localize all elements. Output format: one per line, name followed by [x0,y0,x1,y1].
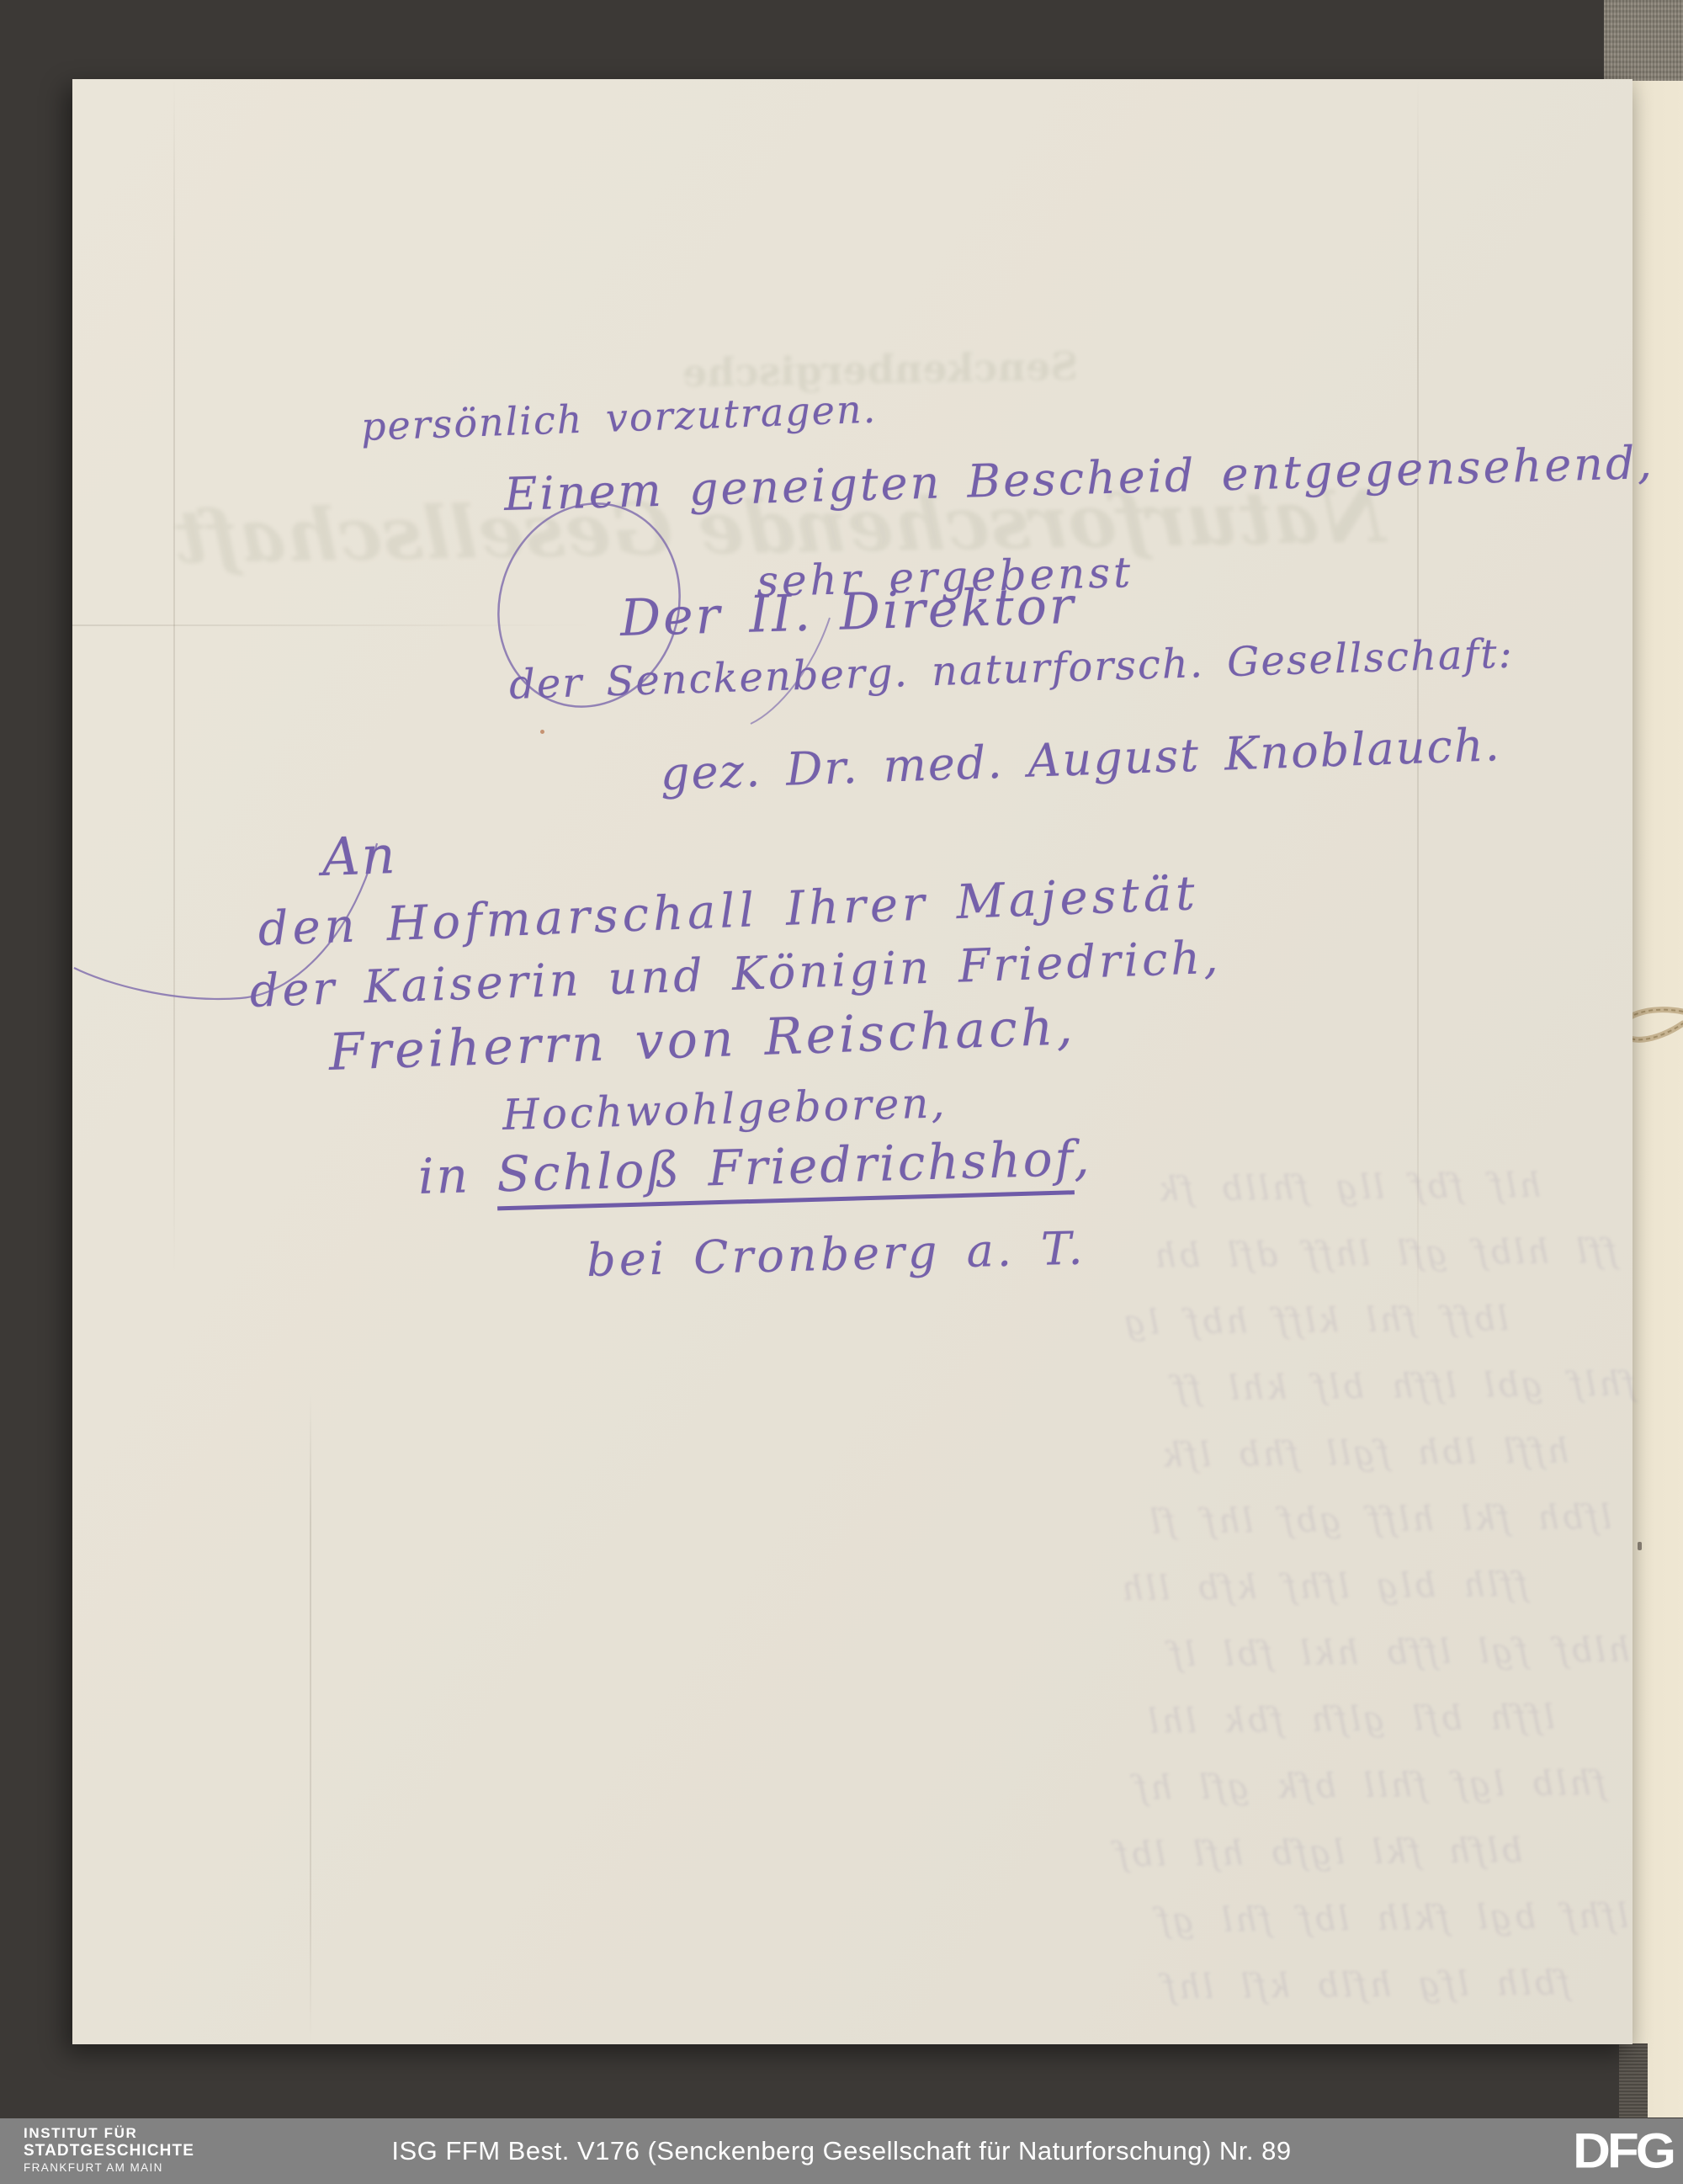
ghost-line: lfbh fkl hlff gbf lhf fl [770,1485,1612,1560]
rust-speck [540,730,544,734]
ghost-letterhead-line1: Senckenbergische [527,341,1234,399]
archive-footer-bar: INSTITUT FÜR STADTGESCHICHTE FRANKFURT A… [0,2118,1683,2184]
ghost-line: fflh blg lfhf kfb llh [771,1552,1529,1626]
closing-line-1: persönlich vorzutragen. [360,386,878,449]
paper-crease-horizontal [72,624,594,626]
address-line-4: Hochwohlgeboren, [502,1078,948,1140]
address-line-5: in Schloß Friedrichshof, [417,1129,1092,1205]
archive-reference: ISG FFM Best. V176 (Senckenberg Gesellsc… [0,2118,1683,2184]
ghost-handwriting-block: hlf fbf llg fhllb fk ffl hlbf gfl lhff d… [767,1152,1651,2026]
address-line-5-suffix: , [1073,1129,1092,1188]
address-line-5-prefix: in [417,1145,497,1205]
ghost-line: hffl lbh fgll fhb lfk [769,1419,1569,1494]
ghost-line: lfhf bgl fklh lbf fhl gf [774,1884,1629,1959]
paper-crease-left [173,79,175,1274]
letter-page: Senckenbergische Naturforschende Gesells… [72,79,1633,2044]
signature-title-line: Der II. Direktor [619,577,1076,648]
binding-cloth-top [1604,0,1683,86]
ghost-line: fblh lfg hflb kfl lhf [775,1951,1571,2026]
dfg-logo: DFG [1573,2123,1673,2180]
binding-cloth-bottom [1619,2043,1648,2118]
ghost-line: fhlb lgf fhll bfk gfl hf [772,1751,1606,1825]
ghost-line: lbff fhl klff hbf lg [767,1286,1509,1360]
ghost-line: hlbf fgl lffb hkl fbl lf [771,1618,1630,1693]
ghost-line: lffh bfl glfh fbk lhl [772,1685,1555,1760]
paper-crease-right [1417,79,1419,1342]
ghost-line: blfh fkl lgfb hfl lbf [773,1818,1523,1892]
ghost-line: fhlf gbl lffh blf khl ff [768,1352,1636,1427]
signature-name-line: gez. Dr. med. August Knoblauch. [660,718,1502,800]
paper-crease-bottom [310,1392,311,2044]
address-salutation: An [321,824,397,888]
